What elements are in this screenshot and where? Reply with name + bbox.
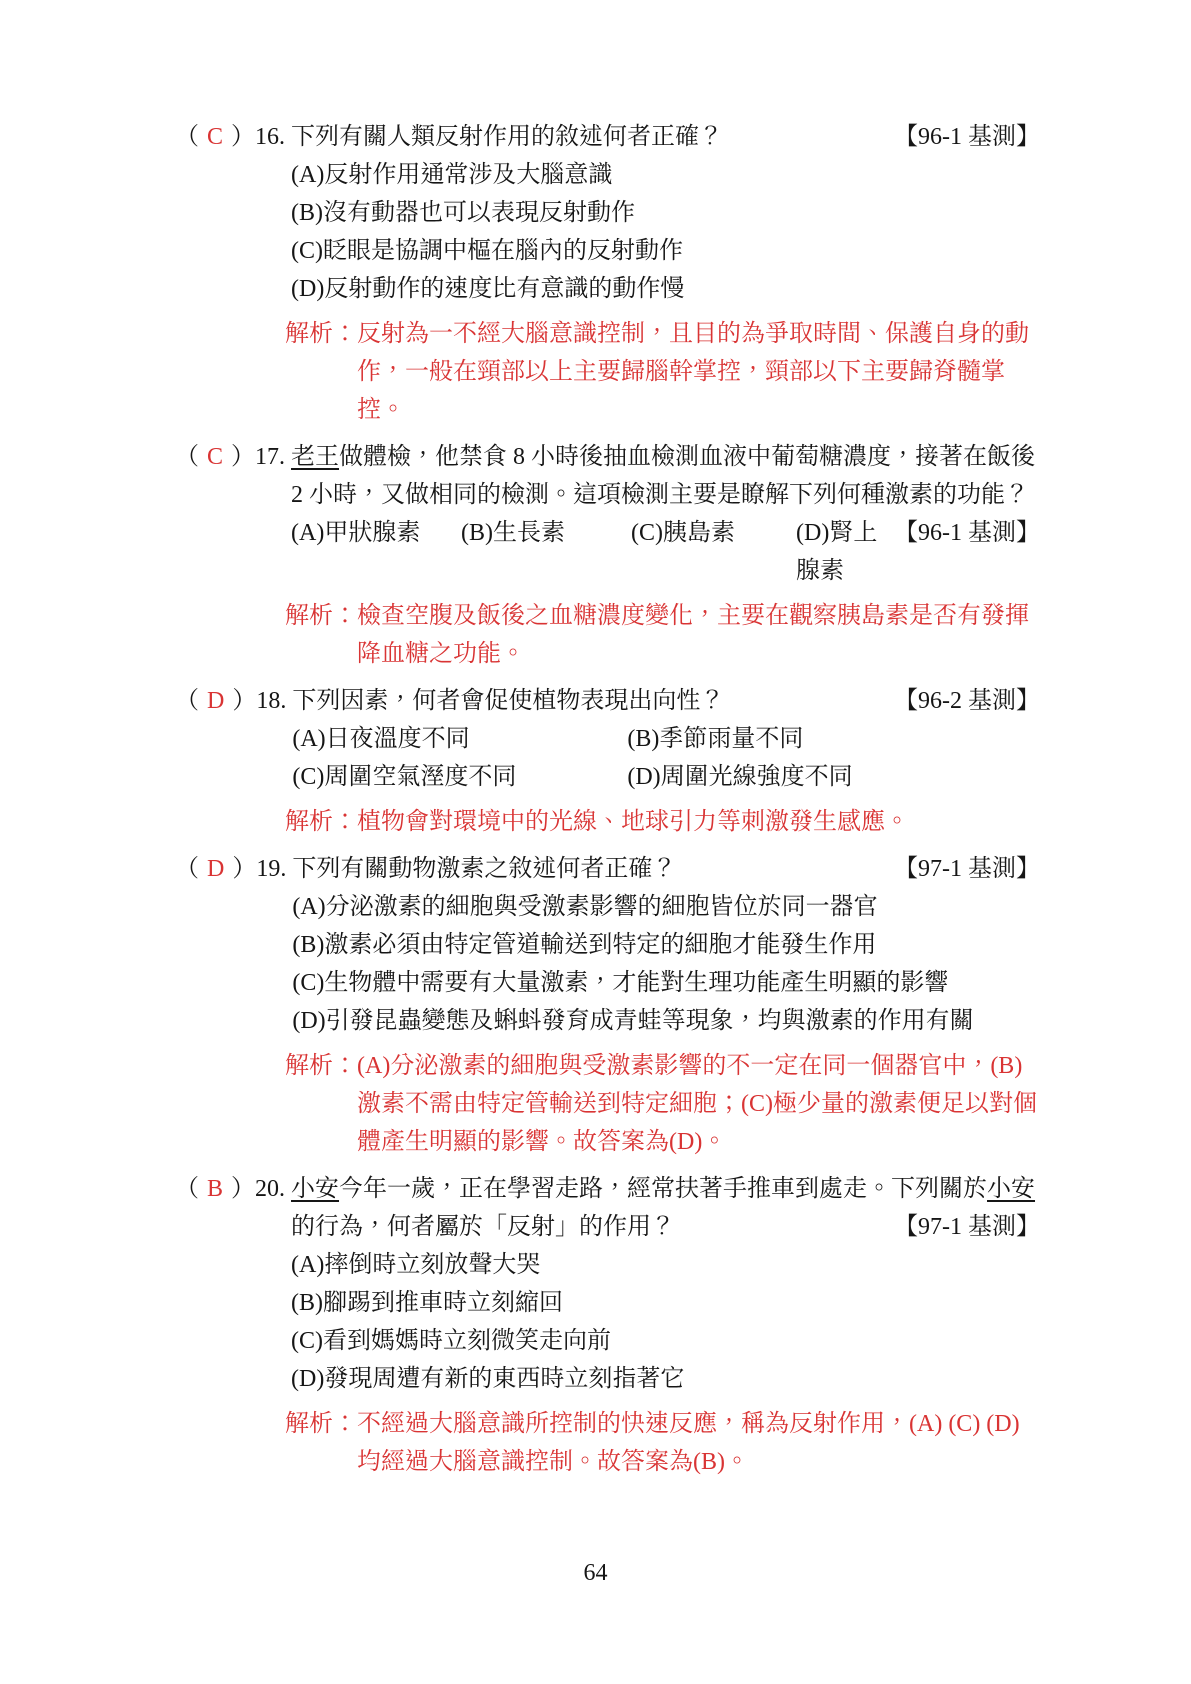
option: (A)反射作用通常涉及大腦意識 (291, 156, 1040, 194)
question-body: 老王做體檢，他禁食 8 小時後抽血檢測血液中葡萄糖濃度，接著在飯後 2 小時，又… (291, 438, 1040, 590)
question-list: （C） 16. 下列有關人類反射作用的敘述何者正確？【96-1 基測】 (A)反… (0, 0, 1191, 1490)
answer-letter: B (199, 1176, 231, 1202)
question-number: 18. (256, 682, 292, 720)
option: (A)甲狀腺素 (291, 514, 461, 590)
source-tag: 【96-1 基測】 (894, 118, 1040, 156)
answer-letter: D (199, 856, 232, 882)
question-text: 下列有關人類反射作用的敘述何者正確？【96-1 基測】 (291, 118, 1040, 156)
question-block: （C） 17. 老王做體檢，他禁食 8 小時後抽血檢測血液中葡萄糖濃度，接著在飯… (175, 438, 1040, 673)
answer-paren-left: （ (175, 1176, 199, 1202)
answer-cell: （C） (175, 118, 255, 156)
option: (B)激素必須由特定管道輸送到特定的細胞才能發生作用 (292, 926, 1040, 964)
option: (C)生物體中需要有大量激素，才能對生理功能產生明顯的影響 (292, 964, 1040, 1002)
question-text-content: 老王做體檢，他禁食 8 小時後抽血檢測血液中葡萄糖濃度，接著在飯後 2 小時，又… (291, 444, 1035, 508)
answer-paren-left: （ (175, 856, 199, 882)
question-body: 下列有關人類反射作用的敘述何者正確？【96-1 基測】 (A)反射作用通常涉及大… (291, 118, 1040, 308)
answer-paren-right: ） (231, 1176, 255, 1202)
options: (A)摔倒時立刻放聲大哭(B)腳踢到推車時立刻縮回(C)看到媽媽時立刻微笑走向前… (291, 1246, 1040, 1398)
option: (D)腎上腺素 (796, 514, 882, 590)
answer-paren-right: ） (231, 444, 255, 470)
option: (A)摔倒時立刻放聲大哭 (291, 1246, 1040, 1284)
analysis-label: 解析： (285, 1411, 357, 1437)
question-text: 老王做體檢，他禁食 8 小時後抽血檢測血液中葡萄糖濃度，接著在飯後 2 小時，又… (291, 438, 1040, 514)
source-tag: 【97-1 基測】 (894, 850, 1040, 888)
answer-paren-right: ） (231, 124, 255, 150)
analysis-text: 檢查空腹及飯後之血糖濃度變化，主要在觀察胰島素是否有發揮降血糖之功能。 (357, 603, 1029, 667)
question-number: 19. (256, 850, 292, 888)
answer-cell: （B） (175, 1170, 255, 1208)
option: (B)季節雨量不同 (627, 720, 1040, 758)
question-number: 20. (255, 1170, 291, 1208)
question-head: （D） 18. 下列因素，何者會促使植物表現出向性？【96-2 基測】 (A)日… (175, 682, 1040, 796)
answer-paren-left: （ (175, 444, 199, 470)
analysis: 解析：不經過大腦意識所控制的快速反應，稱為反射作用，(A) (C) (D)均經過… (285, 1405, 1040, 1481)
analysis: 解析：植物會對環境中的光線、地球引力等刺激發生感應。 (285, 803, 1040, 841)
question-head: （B） 20. 小安今年一歲，正在學習走路，經常扶著手推車到處走。下列關於小安的… (175, 1170, 1040, 1398)
answer-cell: （C） (175, 438, 255, 476)
analysis: 解析：檢查空腹及飯後之血糖濃度變化，主要在觀察胰島素是否有發揮降血糖之功能。 (285, 597, 1040, 673)
option: (A)日夜溫度不同 (292, 720, 627, 758)
answer-paren-left: （ (175, 124, 199, 150)
question-text-content: 下列有關人類反射作用的敘述何者正確？ (291, 124, 723, 150)
question-block: （D） 19. 下列有關動物激素之敘述何者正確？【97-1 基測】 (A)分泌激… (175, 850, 1040, 1161)
analysis-label: 解析： (285, 1053, 357, 1079)
question-text: 小安今年一歲，正在學習走路，經常扶著手推車到處走。下列關於小安的行為，何者屬於「… (291, 1170, 1040, 1246)
analysis-label: 解析： (285, 603, 357, 629)
question-number: 16. (255, 118, 291, 156)
option: (B)沒有動器也可以表現反射動作 (291, 194, 1040, 232)
options: (A)反射作用通常涉及大腦意識(B)沒有動器也可以表現反射動作(C)眨眼是協調中… (291, 156, 1040, 308)
document-page: （C） 16. 下列有關人類反射作用的敘述何者正確？【96-1 基測】 (A)反… (0, 0, 1191, 1684)
options: (A)分泌激素的細胞與受激素影響的細胞皆位於同一器官(B)激素必須由特定管道輸送… (292, 888, 1040, 1040)
answer-paren-right: ） (232, 688, 256, 714)
question-body: 下列有關動物激素之敘述何者正確？【97-1 基測】 (A)分泌激素的細胞與受激素… (292, 850, 1040, 1040)
question-text: 下列因素，何者會促使植物表現出向性？【96-2 基測】 (292, 682, 1040, 720)
option: (D)反射動作的速度比有意識的動作慢 (291, 270, 1040, 308)
answer-letter: D (199, 688, 232, 714)
answer-letter: C (199, 444, 231, 470)
answer-cell: （D） (175, 850, 256, 888)
question-number: 17. (255, 438, 291, 476)
question-head: （C） 16. 下列有關人類反射作用的敘述何者正確？【96-1 基測】 (A)反… (175, 118, 1040, 308)
question-head: （D） 19. 下列有關動物激素之敘述何者正確？【97-1 基測】 (A)分泌激… (175, 850, 1040, 1040)
analysis: 解析：(A)分泌激素的細胞與受激素影響的不一定在同一個器官中，(B)激素不需由特… (285, 1047, 1040, 1161)
question-block: （B） 20. 小安今年一歲，正在學習走路，經常扶著手推車到處走。下列關於小安的… (175, 1170, 1040, 1481)
option: (B)生長素 (461, 514, 631, 590)
option: (D)周圍光線強度不同 (627, 758, 1040, 796)
option: (B)腳踢到推車時立刻縮回 (291, 1284, 1040, 1322)
source-tag: 【96-1 基測】 (894, 514, 1040, 552)
source-tag: 【96-2 基測】 (894, 682, 1040, 720)
option: (C)眨眼是協調中樞在腦內的反射動作 (291, 232, 1040, 270)
options: (A)甲狀腺素(B)生長素(C)胰島素(D)腎上腺素 (291, 514, 882, 590)
analysis-text: (A)分泌激素的細胞與受激素影響的不一定在同一個器官中，(B)激素不需由特定管輸… (357, 1053, 1037, 1155)
answer-letter: C (199, 124, 231, 150)
page-number: 64 (584, 1560, 608, 1586)
analysis-label: 解析： (285, 809, 357, 835)
analysis-text: 植物會對環境中的光線、地球引力等刺激發生感應。 (357, 809, 909, 835)
answer-cell: （D） (175, 682, 256, 720)
analysis: 解析：反射為一不經大腦意識控制，且目的為爭取時間、保護自身的動作，一般在頸部以上… (285, 315, 1040, 429)
analysis-text: 反射為一不經大腦意識控制，且目的為爭取時間、保護自身的動作，一般在頸部以上主要歸… (357, 321, 1029, 423)
option: (A)分泌激素的細胞與受激素影響的細胞皆位於同一器官 (292, 888, 1040, 926)
question-body: 下列因素，何者會促使植物表現出向性？【96-2 基測】 (A)日夜溫度不同(B)… (292, 682, 1040, 796)
analysis-text: 不經過大腦意識所控制的快速反應，稱為反射作用，(A) (C) (D)均經過大腦意… (357, 1411, 1020, 1475)
question-text: 下列有關動物激素之敘述何者正確？【97-1 基測】 (292, 850, 1040, 888)
option: (D)發現周遭有新的東西時立刻指著它 (291, 1360, 1040, 1398)
page-footer: 64 (0, 1554, 1191, 1592)
question-text-content: 下列因素，何者會促使植物表現出向性？ (292, 688, 724, 714)
analysis-label: 解析： (285, 321, 357, 347)
options: (A)日夜溫度不同(B)季節雨量不同(C)周圍空氣溼度不同(D)周圍光線強度不同 (292, 720, 1040, 796)
question-head: （C） 17. 老王做體檢，他禁食 8 小時後抽血檢測血液中葡萄糖濃度，接著在飯… (175, 438, 1040, 590)
answer-paren-left: （ (175, 688, 199, 714)
option: (D)引發昆蟲變態及蝌蚪發育成青蛙等現象，均與激素的作用有關 (292, 1002, 1040, 1040)
option: (C)胰島素 (631, 514, 796, 590)
source-tag: 【97-1 基測】 (894, 1208, 1040, 1246)
option: (C)看到媽媽時立刻微笑走向前 (291, 1322, 1040, 1360)
question-block: （C） 16. 下列有關人類反射作用的敘述何者正確？【96-1 基測】 (A)反… (175, 118, 1040, 429)
option: (C)周圍空氣溼度不同 (292, 758, 627, 796)
question-body: 小安今年一歲，正在學習走路，經常扶著手推車到處走。下列關於小安的行為，何者屬於「… (291, 1170, 1040, 1398)
answer-paren-right: ） (232, 856, 256, 882)
question-text-content: 下列有關動物激素之敘述何者正確？ (292, 856, 676, 882)
question-block: （D） 18. 下列因素，何者會促使植物表現出向性？【96-2 基測】 (A)日… (175, 682, 1040, 841)
